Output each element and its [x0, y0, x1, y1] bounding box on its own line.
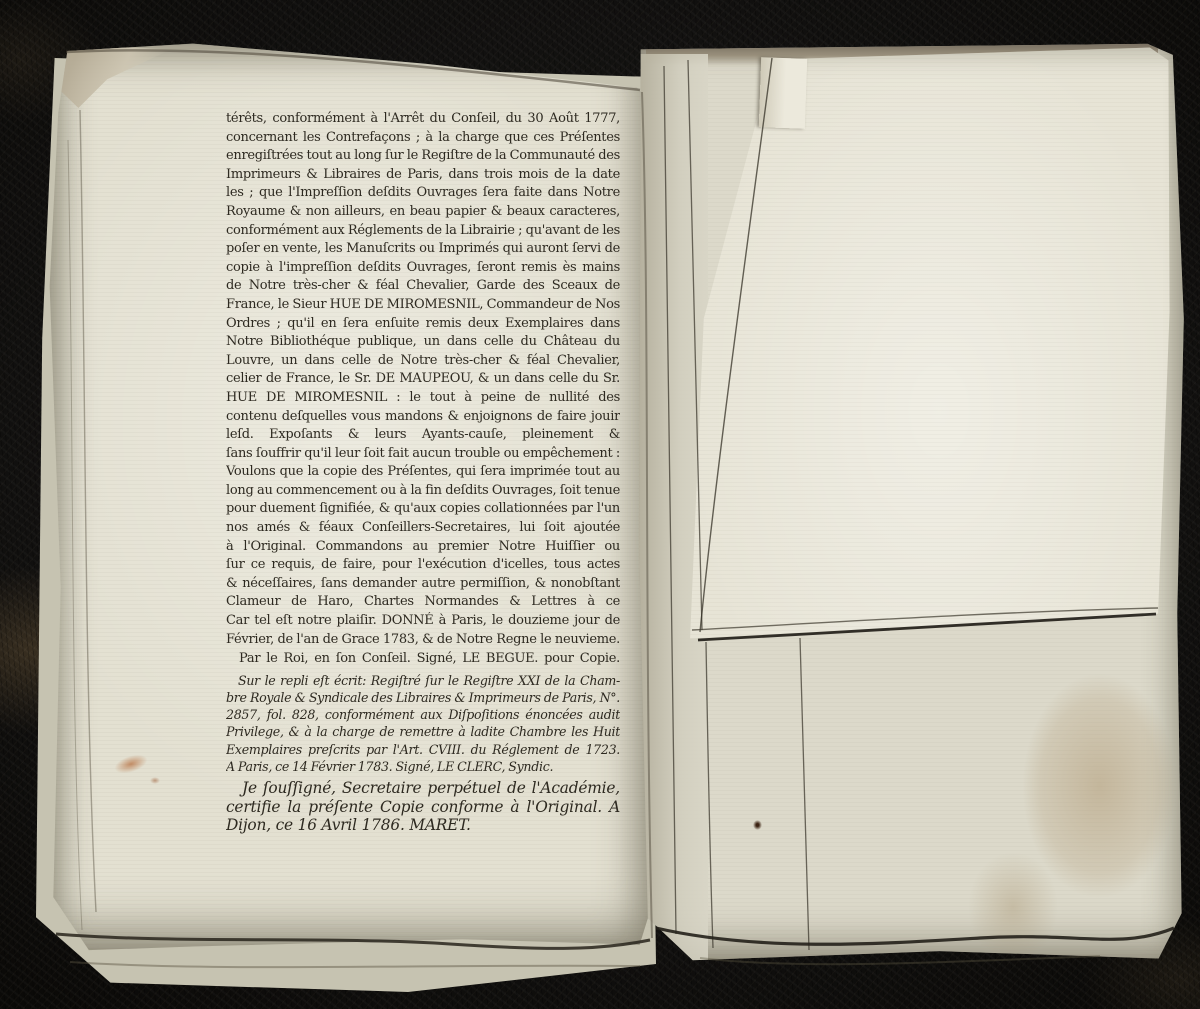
- text-line: long au commencement ou à la fin deſdits…: [226, 482, 620, 501]
- text-line: poſer en vente, les Manuſcrits ou Imprim…: [226, 240, 620, 259]
- text-line: bre Royale & Syndicale des Libraires & I…: [226, 689, 620, 706]
- text-line: Royaume & non ailleurs, en beau papier &…: [226, 203, 620, 222]
- rust-spot: [150, 777, 160, 784]
- text-line: Car tel eſt notre plaiſir. DONNÉ à Paris…: [226, 612, 620, 631]
- text-line: Louvre, un dans celle de Notre très-cher…: [226, 352, 620, 371]
- text-line: térêts, conformément à l'Arrêt du Conſei…: [226, 110, 620, 129]
- text-line: Voulons que la copie des Préſentes, qui …: [226, 463, 620, 482]
- text-line: ſur ce requis, de faire, pour l'exécutio…: [226, 556, 620, 575]
- left-page: térêts, conformément à l'Arrêt du Conſei…: [46, 40, 658, 952]
- text-line: certifie la préſente Copie conforme à l'…: [226, 798, 620, 817]
- text-line: Imprimeurs & Libraires de Paris, dans tr…: [226, 166, 620, 185]
- text-line: France, le Sieur HUE DE MIROMESNIL, Comm…: [226, 296, 620, 315]
- text-line: Je ſouſſigné, Secretaire perpétuel de l'…: [226, 779, 620, 798]
- text-line: contenu deſquelles vous mandons & enjoig…: [226, 408, 620, 427]
- text-line: HUE DE MIROMESNIL : le tout à peine de n…: [226, 389, 620, 408]
- text-line: Dijon, ce 16 Avril 1786. MARET.: [226, 816, 620, 835]
- water-stain-small: [968, 852, 1058, 962]
- text-line: & néceſſaires, ſans demander autre permi…: [226, 575, 620, 594]
- text-line: nos amés & féaux Conſeillers-Secretaires…: [226, 519, 620, 538]
- text-line: leſd. Expoſants & leurs Ayants-cauſe, pl…: [226, 426, 620, 445]
- text-line: ſans ſouffrir qu'il leur ſoit fait aucun…: [226, 445, 620, 464]
- text-line: Février, de l'an de Grace 1783, & de Not…: [226, 631, 620, 650]
- text-line: 2857, fol. 828, conformément aux Diſpoſi…: [226, 706, 620, 723]
- text-line: Exemplaires preſcrits par l'Art. CVIII. …: [226, 741, 620, 758]
- text-line: concernant les Contrefaçons ; à la charg…: [226, 129, 620, 148]
- printed-text-block: térêts, conformément à l'Arrêt du Conſei…: [226, 110, 620, 835]
- text-line: enregiſtrées tout au long ſur le Regiſtr…: [226, 147, 620, 166]
- text-line: Ordres ; qu'il en ſera enſuite remis deu…: [226, 315, 620, 334]
- certification-paragraph: Je ſouſſigné, Secretaire perpétuel de l'…: [226, 779, 620, 835]
- torn-corner: [52, 44, 172, 108]
- text-line: Sur le repli eſt écrit: Regiſtré ſur le …: [226, 672, 620, 689]
- text-line: celier de France, le Sr. DE MAUPEOU, & u…: [226, 370, 620, 389]
- text-line: copie à l'impreſſion deſdits Ouvrages, ſ…: [226, 259, 620, 278]
- text-line: A Paris, ce 14 Février 1783. Signé, LE C…: [226, 758, 620, 775]
- text-line: Notre Bibliothéque publique, un dans cel…: [226, 333, 620, 352]
- privilege-paragraph: térêts, conformément à l'Arrêt du Conſei…: [226, 110, 620, 649]
- text-line: à l'Original. Commandons au premier Notr…: [226, 538, 620, 557]
- registration-paragraph: Sur le repli eſt écrit: Regiſtré ſur le …: [226, 672, 620, 775]
- text-line: pour duement ſignifiée, & qu'aux copies …: [226, 500, 620, 519]
- text-line: Par le Roi, en ſon Conſeil. Signé, LE BE…: [226, 650, 620, 669]
- right-page: [638, 42, 1186, 964]
- rust-stain: [112, 751, 149, 777]
- text-line: conformément aux Réglements de la Librai…: [226, 222, 620, 241]
- text-line: Privilege, & à la charge de remettre à l…: [226, 723, 620, 740]
- text-line: de Notre très-cher & féal Chevalier, Gar…: [226, 277, 620, 296]
- text-line: les ; que l'Impreſſion deſdits Ouvrages …: [226, 184, 620, 203]
- photo-scene: térêts, conformément à l'Arrêt du Conſei…: [0, 0, 1200, 1009]
- text-line: Clameur de Haro, Chartes Normandes & Let…: [226, 593, 620, 612]
- ink-spot: [753, 820, 762, 830]
- royal-signature-line: Par le Roi, en ſon Conſeil. Signé, LE BE…: [226, 650, 620, 669]
- folded-sheet-corner: [759, 57, 807, 129]
